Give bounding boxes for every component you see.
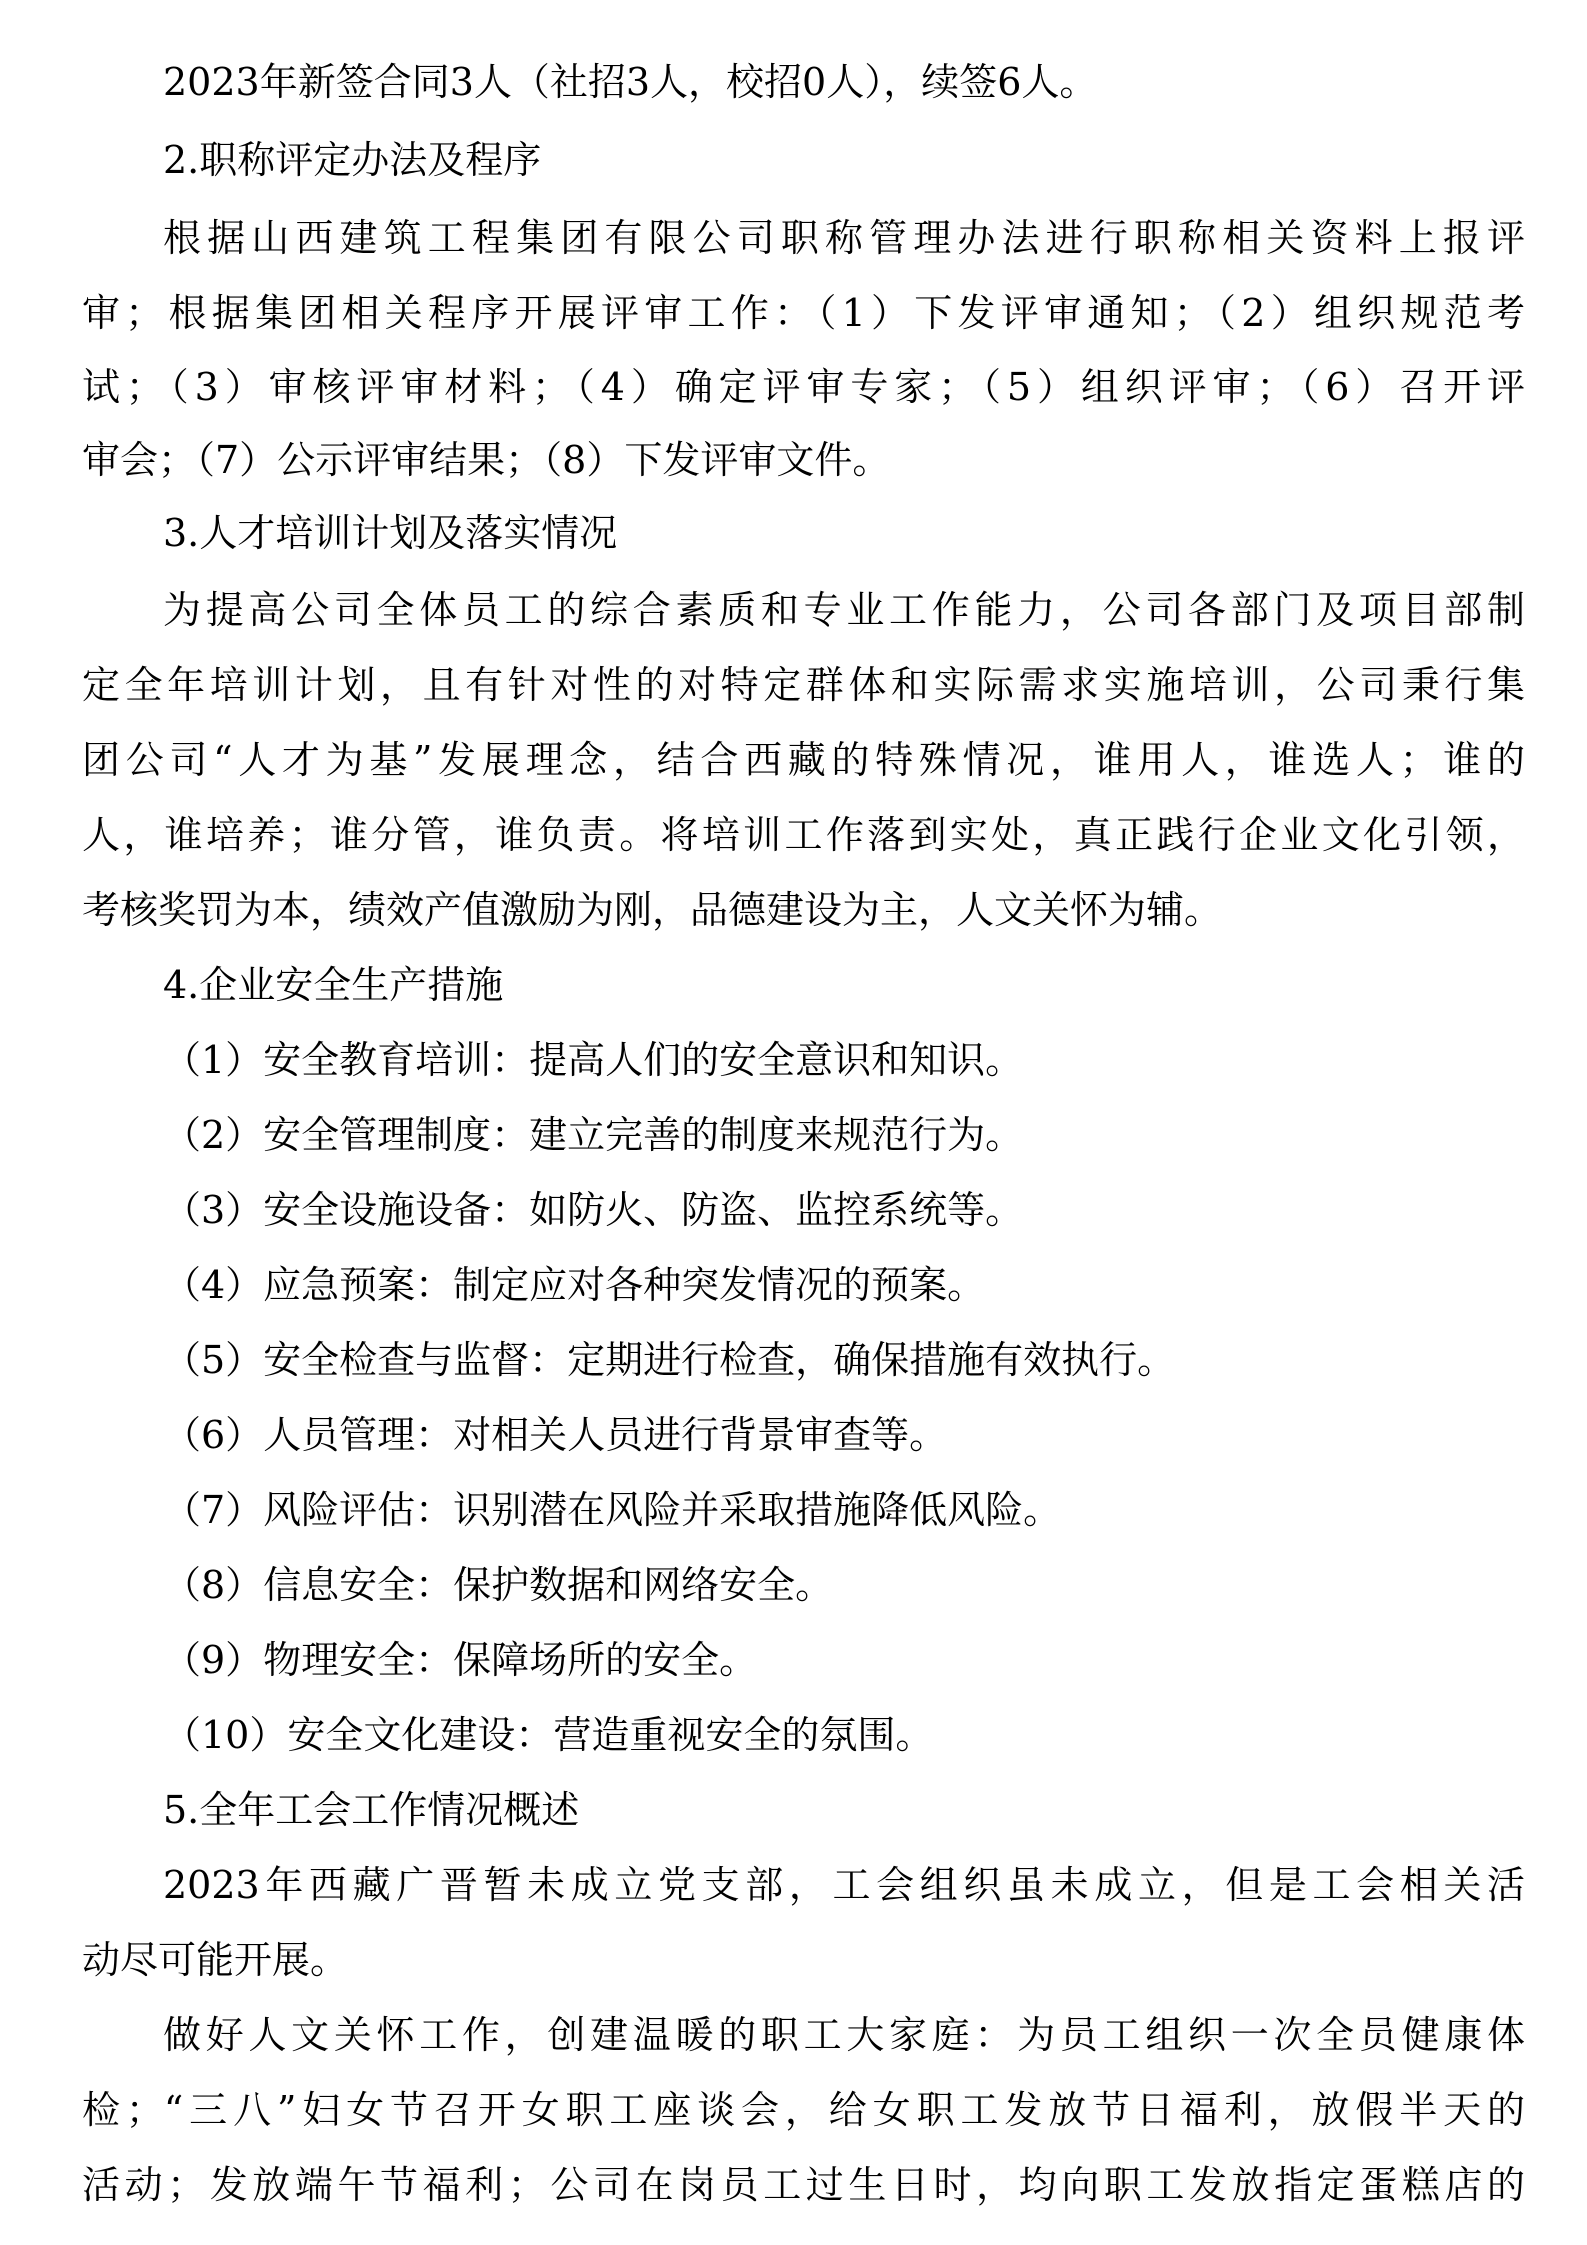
list-item: （2）安全管理制度：建立完善的制度来规范行为。: [163, 1105, 1587, 1165]
paragraph-line: 定全年培训计划，且有针对性的对特定群体和实际需求实施培训，公司秉行集: [82, 655, 1525, 715]
list-item: （10）安全文化建设：营造重视安全的氛围。: [163, 1705, 1587, 1765]
paragraph-line: 人，谁培养；谁分管，谁负责。将培训工作落到实处，真正践行企业文化引领，: [82, 805, 1525, 865]
list-item: （9）物理安全：保障场所的安全。: [163, 1630, 1587, 1690]
paragraph-line: 2023年西藏广晋暂未成立党支部，工会组织虽未成立，但是工会相关活: [163, 1855, 1525, 1915]
paragraph-line: 考核奖罚为本，绩效产值激励为刚，品德建设为主，人文关怀为辅。: [82, 880, 1525, 940]
paragraph-line: 检；“三八”妇女节召开女职工座谈会，给女职工发放节日福利，放假半天的: [82, 2080, 1525, 2140]
section-heading: 2.职称评定办法及程序: [163, 130, 1525, 190]
list-item: （6）人员管理：对相关人员进行背景审查等。: [163, 1405, 1587, 1465]
paragraph-line: 活动；发放端午节福利；公司在岗员工过生日时，均向职工发放指定蛋糕店的: [82, 2155, 1525, 2215]
section-heading: 4.企业安全生产措施: [163, 955, 1525, 1015]
paragraph-line: 试；（3）审核评审材料；（4）确定评审专家；（5）组织评审；（6）召开评: [82, 357, 1525, 417]
list-item: （4）应急预案：制定应对各种突发情况的预案。: [163, 1255, 1587, 1315]
paragraph-line: 团公司“人才为基”发展理念，结合西藏的特殊情况，谁用人，谁选人；谁的: [82, 730, 1525, 790]
paragraph-line: 为提高公司全体员工的综合素质和专业工作能力，公司各部门及项目部制: [163, 580, 1525, 640]
paragraph-line: 动尽可能开展。: [82, 1930, 1525, 1990]
list-item: （7）风险评估：识别潜在风险并采取措施降低风险。: [163, 1480, 1587, 1540]
paragraph-line: 做好人文关怀工作，创建温暖的职工大家庭：为员工组织一次全员健康体: [163, 2005, 1525, 2065]
paragraph-line: 审；根据集团相关程序开展评审工作：（1）下发评审通知；（2）组织规范考: [82, 283, 1525, 343]
list-item: （1）安全教育培训：提高人们的安全意识和知识。: [163, 1030, 1587, 1090]
list-item: （8）信息安全：保护数据和网络安全。: [163, 1555, 1587, 1615]
section-heading: 3.人才培训计划及落实情况: [163, 503, 1525, 563]
section-heading: 5.全年工会工作情况概述: [163, 1780, 1525, 1840]
paragraph-line: 2023年新签合同3人（社招3人，校招0人），续签6人。: [163, 52, 1525, 112]
list-item: （5）安全检查与监督：定期进行检查，确保措施有效执行。: [163, 1330, 1587, 1390]
paragraph-line: 审会；（7）公示评审结果；（8）下发评审文件。: [82, 430, 1525, 490]
list-item: （3）安全设施设备：如防火、防盗、监控系统等。: [163, 1180, 1587, 1240]
paragraph-line: 根据山西建筑工程集团有限公司职称管理办法进行职称相关资料上报评: [163, 208, 1525, 268]
